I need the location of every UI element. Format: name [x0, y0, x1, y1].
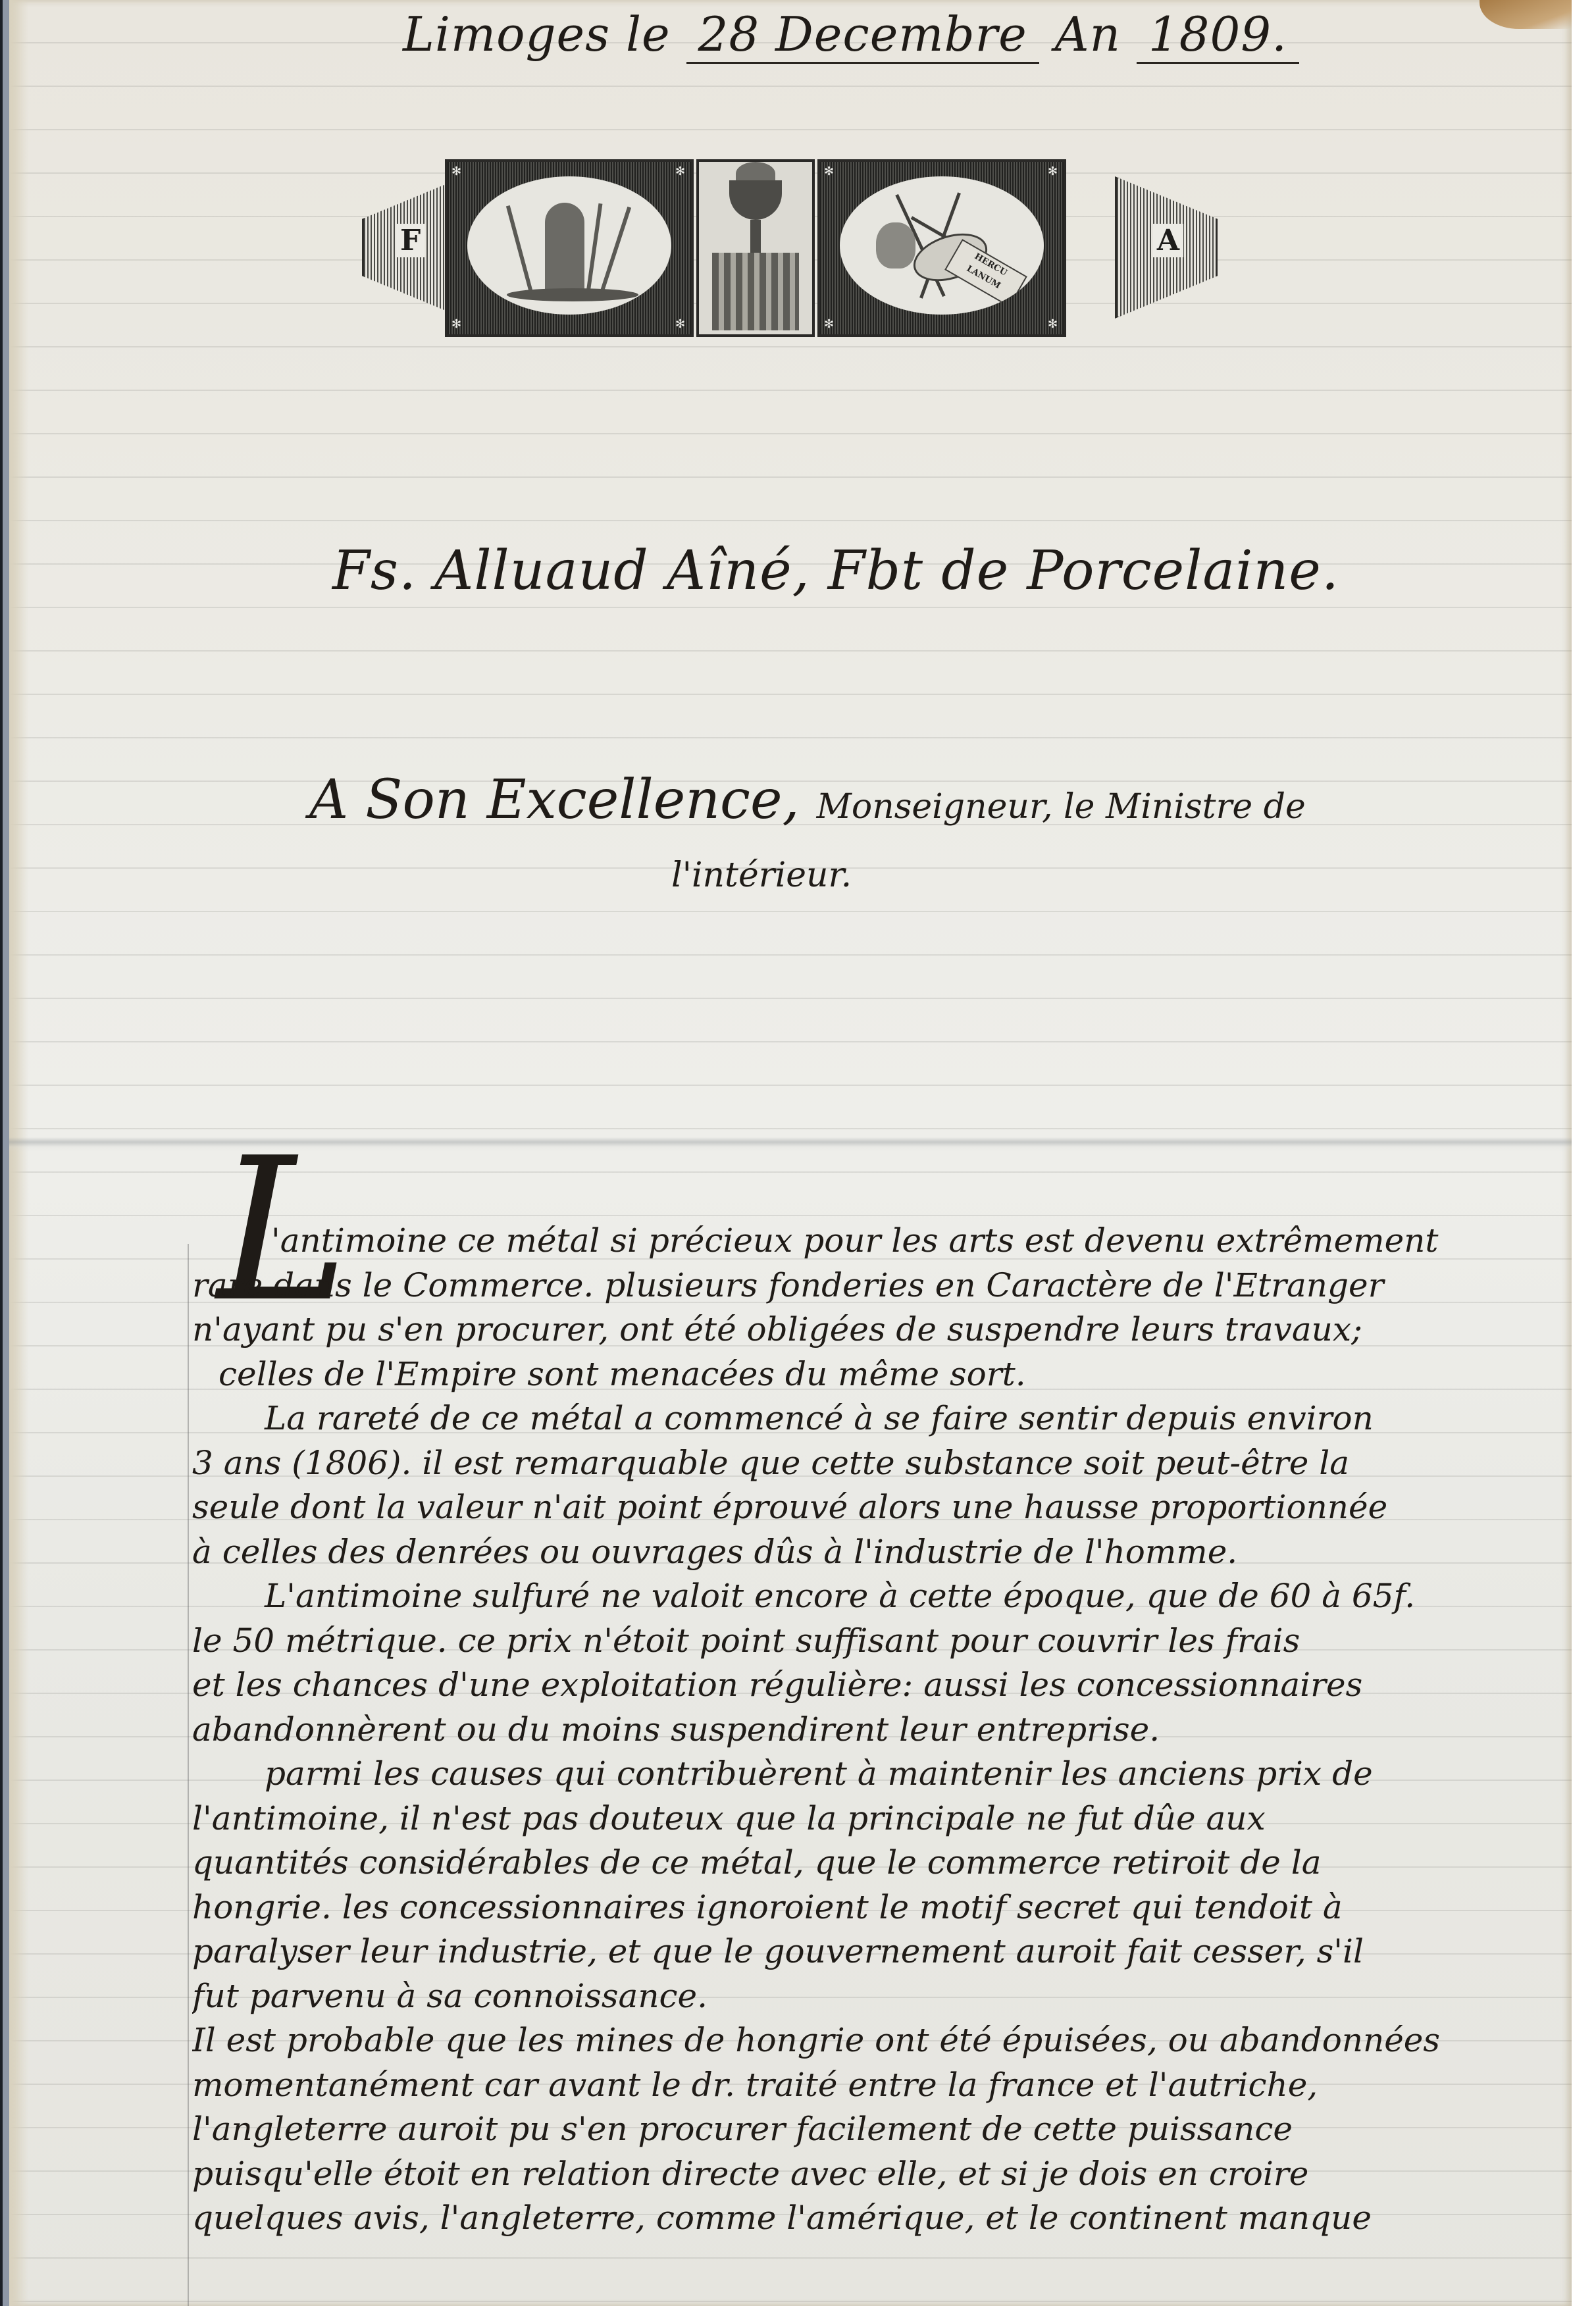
leaf-ornament-icon: ✻ — [1048, 319, 1060, 330]
left-panel: ✻ ✻ ✻ ✻ — [445, 159, 694, 337]
initial-f: F — [396, 224, 425, 257]
initial-a: A — [1153, 224, 1183, 257]
letterhead-frame: F A ✻ ✻ ✻ ✻ ✻ ✻ ✻ ✻ — [362, 150, 1218, 340]
body-line: seule dont la valeur n'ait point éprouvé… — [192, 1485, 1568, 1530]
center-panel — [696, 159, 815, 337]
recipient-title: Monseigneur, le Ministre de — [817, 787, 1306, 827]
recipient-line-1: A Son Excellence, Monseigneur, le Minist… — [309, 769, 1306, 831]
kiln-medallion-icon — [467, 176, 671, 315]
body-line: puisqu'elle étoit en relation directe av… — [192, 2152, 1568, 2197]
right-panel: ✻ ✻ ✻ ✻ HERCU LANUM — [817, 159, 1066, 337]
body-line: abandonnèrent ou du moins suspendirent l… — [192, 1708, 1568, 1753]
body-line: L'antimoine sulfuré ne valoit encore à c… — [192, 1574, 1568, 1619]
body-line: fut parvenu à sa connoissance. — [192, 1974, 1568, 2019]
body-line: rare dans le Commerce. plusieurs fonderi… — [192, 1264, 1568, 1308]
urn-icon — [729, 180, 782, 220]
day-month: 28 Decembre — [686, 7, 1039, 64]
recipient-main: A Son Excellence, — [309, 769, 800, 831]
body-line: quelques avis, l'angleterre, comme l'amé… — [192, 2196, 1568, 2241]
sender-line: Fs. Alluaud Aîné, Fbt de Porcelaine. — [332, 540, 1339, 602]
body-line: paralyser leur industrie, et que le gouv… — [192, 1930, 1568, 1974]
leaf-ornament-icon: ✻ — [1048, 166, 1060, 178]
sender-title-abbrev: Fbt — [828, 540, 923, 602]
body-line: hongrie. les concessionnaires ignoroient… — [192, 1885, 1568, 1930]
arts-trophy-medallion-icon: HERCU LANUM — [840, 176, 1044, 315]
body-line: et les chances d'une exploitation réguli… — [192, 1663, 1568, 1708]
body-line: 'antimoine ce métal si précieux pour les… — [192, 1219, 1568, 1264]
body-line: n'ayant pu s'en procurer, ont été obligé… — [192, 1308, 1568, 1352]
caryatid-pedestal-icon — [712, 253, 799, 330]
sender-title: de Porcelaine. — [941, 540, 1339, 602]
place-prefix: Limoges le — [403, 7, 671, 62]
year: 1809. — [1137, 7, 1299, 64]
scanner-edge — [0, 0, 9, 2306]
leaf-ornament-icon: ✻ — [824, 166, 836, 178]
leaf-ornament-icon: ✻ — [451, 319, 463, 330]
body-line: Il est probable que les mines de hongrie… — [192, 2018, 1568, 2063]
body-line: quantités considérables de ce métal, que… — [192, 1841, 1568, 1885]
leaf-ornament-icon: ✻ — [451, 166, 463, 178]
sender-name: Fs. Alluaud Aîné, — [332, 540, 810, 602]
body-line: celles de l'Empire sont menacées du même… — [192, 1352, 1568, 1397]
leaf-ornament-icon: ✻ — [675, 166, 687, 178]
body-line: à celles des denrées ou ouvrages dûs à l… — [192, 1530, 1568, 1575]
date-line: Limoges le 28 Decembre An 1809. — [403, 7, 1299, 62]
leaf-ornament-icon: ✻ — [675, 319, 687, 330]
year-prefix: An — [1055, 7, 1121, 62]
body-line: momentanément car avant le dr. traité en… — [192, 2063, 1568, 2108]
paper-edge — [9, 0, 29, 2306]
margin-rule — [188, 1244, 189, 2306]
body-line: La rareté de ce métal a commencé à se fa… — [192, 1396, 1568, 1441]
letterhead-engraving: F A ✻ ✻ ✻ ✻ ✻ ✻ ✻ ✻ — [316, 146, 1264, 344]
body-line: le 50 métrique. ce prix n'étoit point su… — [192, 1619, 1568, 1664]
body-line: parmi les causes qui contribuèrent à mai… — [192, 1752, 1568, 1797]
recipient-line-2: l'intérieur. — [671, 856, 852, 895]
letter-body: 'antimoine ce métal si précieux pour les… — [192, 1219, 1568, 2241]
leaf-ornament-icon: ✻ — [824, 319, 836, 330]
body-line: l'antimoine, il n'est pas douteux que la… — [192, 1797, 1568, 1841]
body-line: l'angleterre auroit pu s'en procurer fac… — [192, 2107, 1568, 2152]
body-line: 3 ans (1806). il est remarquable que cet… — [192, 1441, 1568, 1486]
